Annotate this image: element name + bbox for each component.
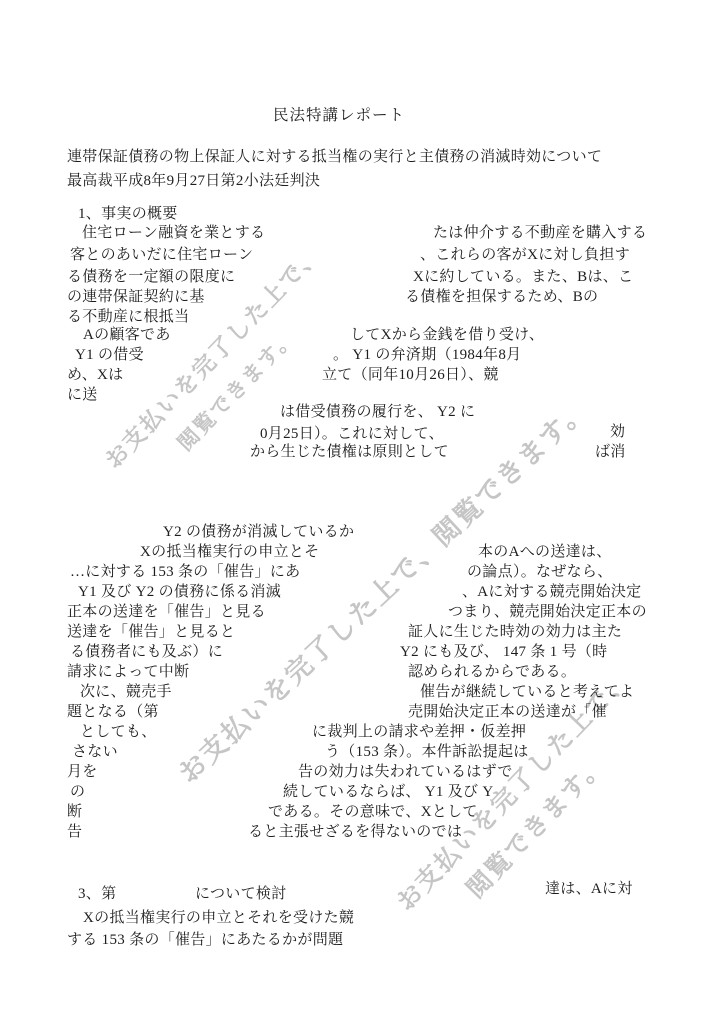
text-fragment: 認められるからである。: [408, 663, 576, 681]
text-fragment: 題となる（第: [67, 703, 159, 721]
text-fragment: 断: [67, 803, 82, 821]
court-case-line: 最高裁平成8年9月27日第2小法廷判決: [67, 169, 320, 190]
text-fragment: 正本の送達を「催告」と見る: [67, 603, 266, 621]
text-fragment: に裁判上の請求や差押・仮差押: [312, 723, 526, 741]
text-fragment: ると主張せざるを得ないのでは: [248, 823, 462, 841]
text-fragment: Xの抵当権実行の申立とそれを受けた競: [83, 909, 354, 927]
text-fragment: としても、: [80, 723, 157, 741]
text-fragment: う（153 条）。本件訴訟提起は: [325, 743, 529, 761]
text-fragment: 本のAへの送達は、: [478, 543, 612, 561]
text-fragment: Y2 の債務が消滅しているか: [163, 523, 354, 541]
page-title: 民法特講レポート: [273, 103, 405, 125]
text-fragment: ば消: [595, 443, 626, 461]
text-fragment: 達は、Aに対: [545, 880, 633, 898]
text-fragment: め、Xは: [67, 366, 123, 384]
text-fragment: の論点）。なぜなら、: [467, 563, 613, 581]
text-fragment: 立て（同年10月26日）、競: [322, 366, 499, 384]
text-fragment: 催告が継続していると考えてよ: [420, 683, 634, 701]
text-fragment: 証人に生じた時効の効力は主た: [408, 623, 622, 641]
text-fragment: 効: [610, 423, 625, 441]
text-fragment: Y2 にも及び、 147 条 1 号（時: [400, 643, 607, 661]
text-fragment: …に対する 153 条の「催告」にあ: [70, 563, 300, 581]
text-fragment: 告: [67, 823, 82, 841]
text-fragment: 続しているならば、 Y1 及び Y: [283, 783, 494, 801]
section-1-heading: 1、事実の概要: [78, 202, 178, 223]
text-fragment: に送: [67, 386, 98, 404]
text-fragment: 、Aに対する競売開始決定: [462, 583, 641, 601]
text-fragment: る債務を一定額の限度に: [67, 268, 235, 286]
text-fragment: 。 Y1 の弁済期（1984年8月: [333, 346, 521, 364]
text-fragment: 住宅ローン融資を業とする: [82, 224, 265, 242]
text-fragment: Xの抵当権実行の申立とそ: [140, 543, 319, 561]
text-fragment: の連帯保証契約に基: [67, 288, 205, 306]
text-fragment: つまり、競売開始決定正本の: [448, 603, 647, 621]
text-fragment: 月を: [67, 763, 98, 781]
text-fragment: である。その意味で、Xとして: [268, 803, 478, 821]
text-fragment: る債務者にも及ぶ）に: [70, 643, 223, 661]
text-fragment: 3、第: [78, 885, 116, 903]
text-fragment: は借受債務の履行を、 Y2 に: [280, 403, 475, 421]
text-fragment: たは仲介する不動産を購入する: [433, 224, 647, 242]
text-fragment: 0月25日）。これに対して、: [260, 425, 444, 443]
document-page: 民法特講レポート 連帯保証債務の物上保証人に対する抵当権の実行と主債務の消滅時効…: [0, 0, 724, 1024]
report-subject-line: 連帯保証債務の物上保証人に対する抵当権の実行と主債務の消滅時効について: [67, 145, 602, 166]
text-fragment: 次に、競売手: [80, 683, 172, 701]
text-fragment: Y1 及び Y2 の債務に係る消滅: [78, 583, 281, 601]
text-fragment: Xに約している。また、Bは、こ: [413, 268, 633, 286]
text-fragment: について検討: [195, 885, 287, 903]
text-fragment: 請求によって中断: [67, 663, 189, 681]
text-fragment: さない: [72, 743, 118, 761]
text-fragment: Aの顧客であ: [83, 326, 171, 344]
text-fragment: る不動産に根抵当: [67, 308, 189, 326]
text-fragment: 売開始決定正本の送達が「催: [408, 703, 607, 721]
text-fragment: してXから金銭を借り受け、: [350, 326, 544, 344]
text-fragment: Y1 の借受: [75, 346, 144, 364]
text-fragment: 送達を「催告」と見ると: [67, 623, 235, 641]
text-fragment: る債権を担保するため、Bの: [405, 288, 598, 306]
text-fragment: の: [70, 783, 85, 801]
text-fragment: から生じた債権は原則として: [250, 443, 449, 461]
text-fragment: 、これらの客がXに対し負担す: [420, 246, 630, 264]
text-fragment: 客とのあいだに住宅ローン: [70, 246, 253, 264]
text-fragment: 告の効力は失われているはずで: [298, 763, 513, 781]
text-fragment: する 153 条の「催告」にあたるかが問題: [67, 931, 343, 949]
